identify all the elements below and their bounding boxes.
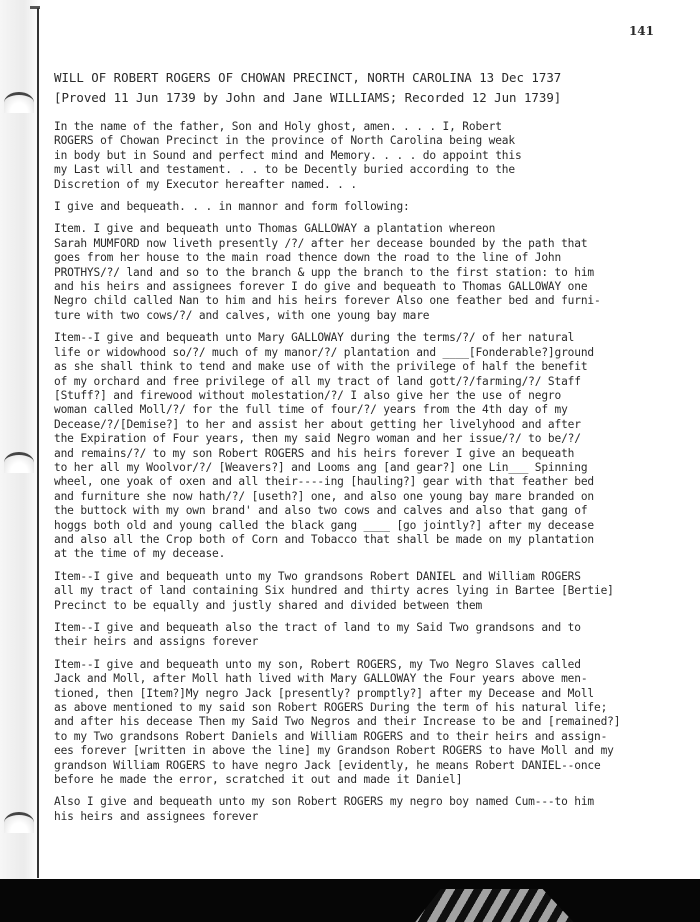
punch-hole <box>4 92 34 113</box>
paragraph-intro: I give and bequeath. . . in mannor and f… <box>54 200 694 214</box>
punch-hole <box>4 812 34 833</box>
document-body: WILL OF ROBERT ROGERS OF CHOWAN PRECINCT… <box>54 68 694 832</box>
paragraph-preamble: In the name of the father, Son and Holy … <box>54 120 694 192</box>
document-title: WILL OF ROBERT ROGERS OF CHOWAN PRECINCT… <box>54 68 694 108</box>
paragraph-item-mary-galloway: Item--I give and bequeath unto Mary GALL… <box>54 331 694 562</box>
paragraph-item-thomas-galloway: Item. I give and bequeath unto Thomas GA… <box>54 222 694 323</box>
scan-artifact <box>410 889 580 922</box>
paragraph-item-grandsons-tract: Item--I give and bequeath also the tract… <box>54 621 694 650</box>
title-line-1: WILL OF ROBERT ROGERS OF CHOWAN PRECINCT… <box>54 68 694 88</box>
page-number: 141 <box>629 24 654 38</box>
paragraph-item-grandsons-land: Item--I give and bequeath unto my Two gr… <box>54 570 694 613</box>
document-page: 141 WILL OF ROBERT ROGERS OF CHOWAN PREC… <box>0 0 700 922</box>
title-line-2: [Proved 11 Jun 1739 by John and Jane WIL… <box>54 88 694 108</box>
punch-hole <box>4 452 34 473</box>
scan-bottom-edge <box>0 879 700 922</box>
margin-line <box>37 8 39 878</box>
paragraph-item-son-slaves: Item--I give and bequeath unto my son, R… <box>54 658 694 788</box>
paragraph-also: Also I give and bequeath unto my son Rob… <box>54 795 694 824</box>
binding-shadow <box>0 0 40 880</box>
